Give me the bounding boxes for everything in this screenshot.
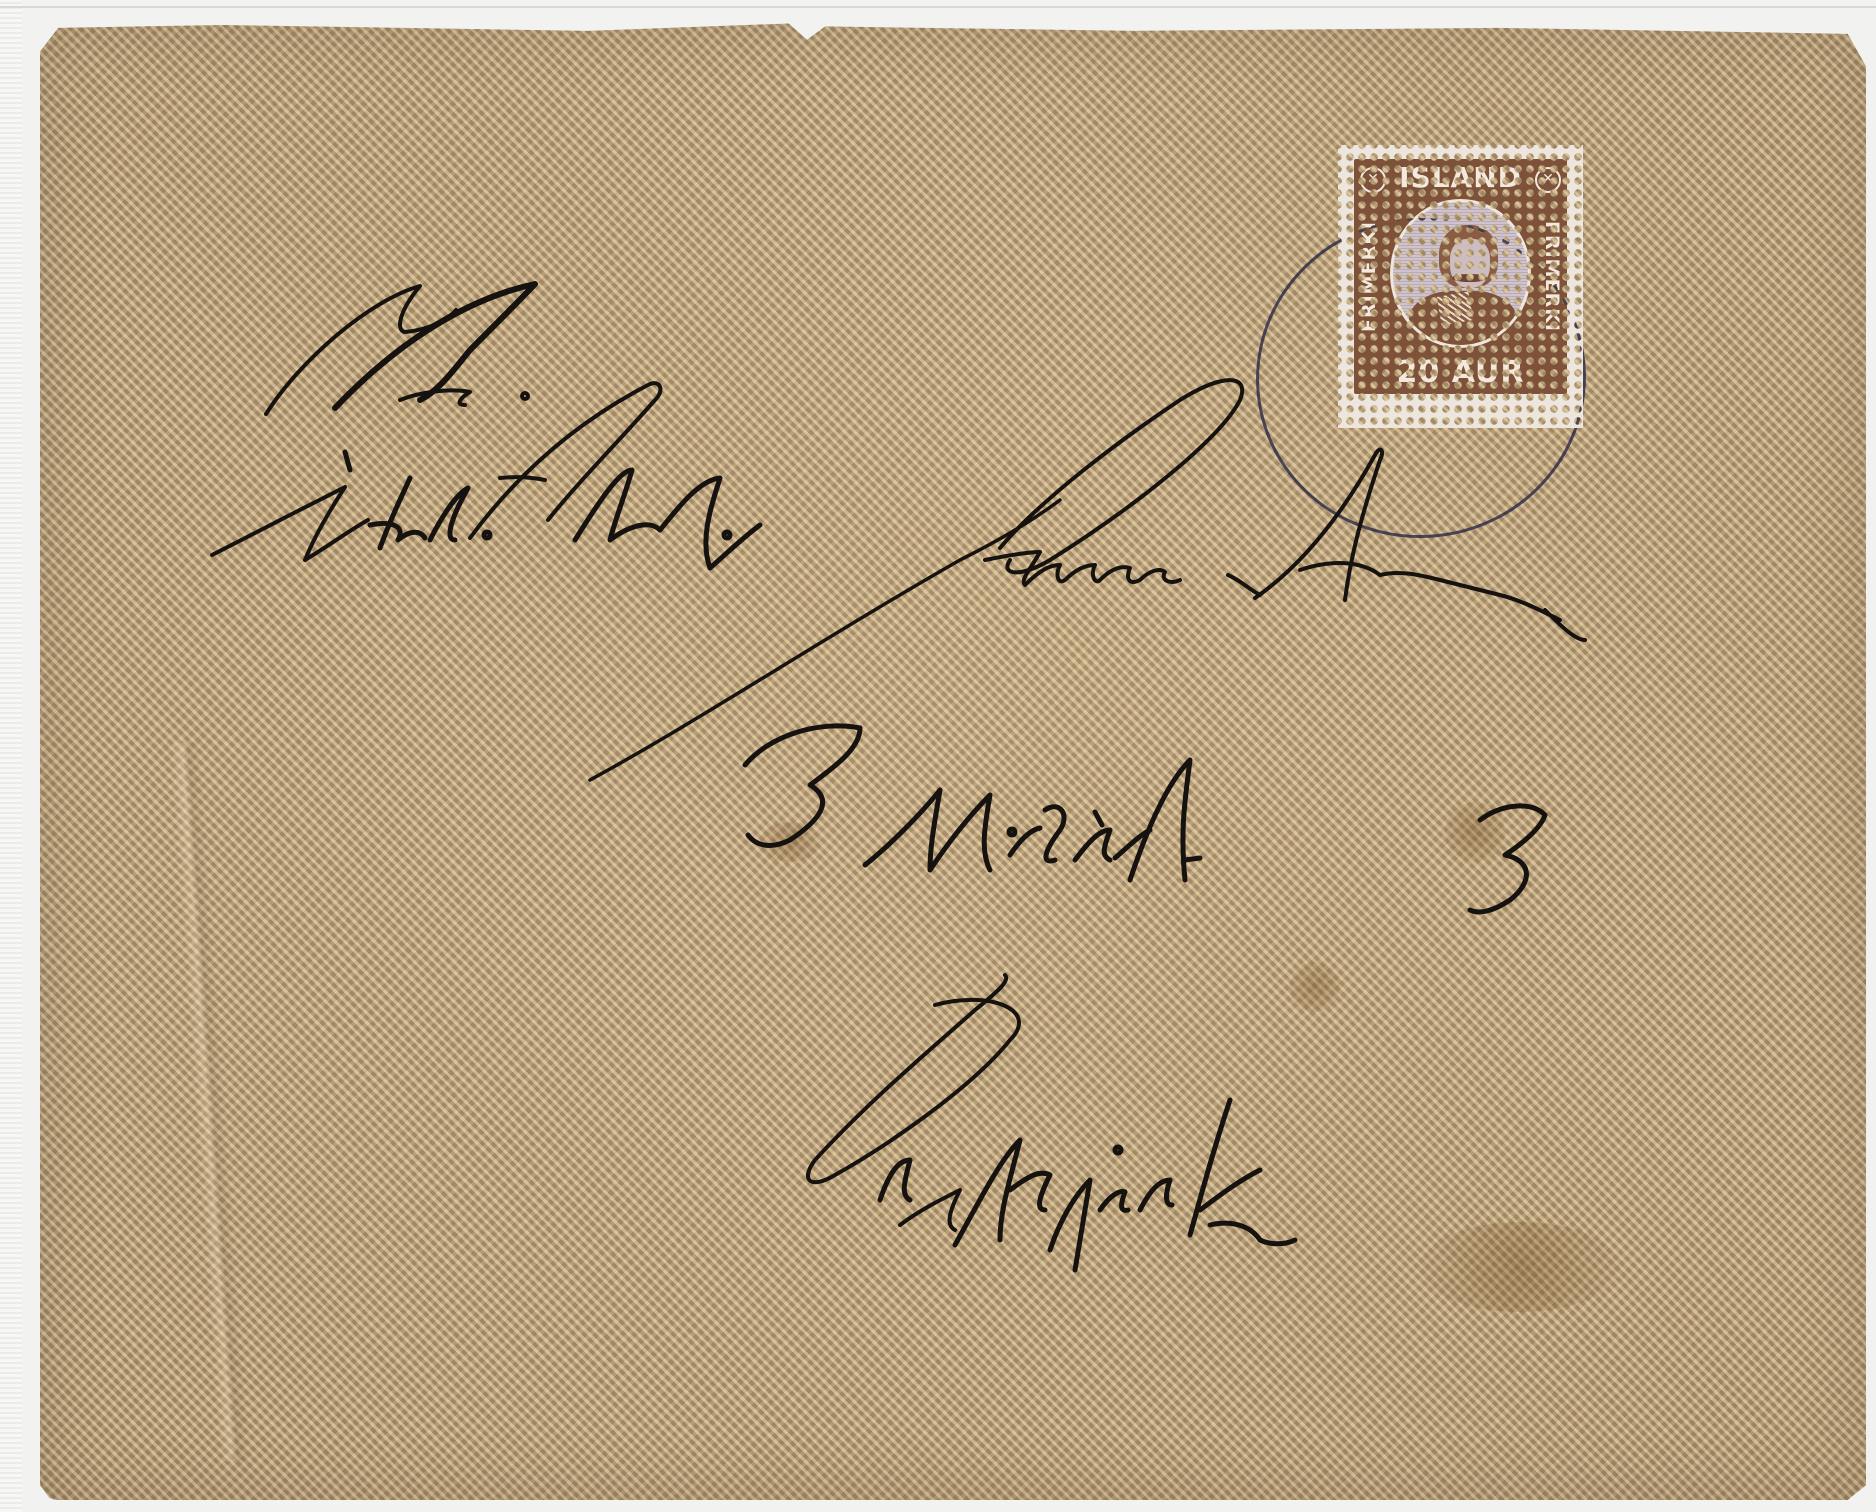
scanner-edge <box>0 0 22 1512</box>
stamp-side-left: FRIMERKI <box>1358 207 1384 346</box>
address-city: Reykjavík <box>810 1120 1203 1213</box>
portrait-collar <box>1437 291 1474 325</box>
stamp-side-right: FRIMERKI <box>1537 207 1563 346</box>
address-salutation: Hr. <box>266 300 391 393</box>
portrait-moustache <box>1452 274 1487 283</box>
stamp-portrait <box>1390 199 1531 348</box>
postage-stamp: ✕ ✕ ISLAND FRIMERKI FRIMERKI 20 AUR <box>1338 145 1583 428</box>
address-street: 3 Miðstræti 3 <box>745 780 1229 862</box>
envelope-fold <box>170 742 250 1462</box>
address-title: stud. theol. <box>212 470 612 552</box>
stamp-frame: ✕ ✕ ISLAND FRIMERKI FRIMERKI 20 AUR <box>1354 159 1567 394</box>
stamp-value: 20 AUR <box>1354 355 1567 390</box>
stain <box>1290 962 1340 1012</box>
envelope <box>40 22 1866 1500</box>
stain <box>1445 802 1505 862</box>
scanner-top-line <box>0 6 1876 8</box>
address-name: Gunnar Árnason <box>985 520 1568 602</box>
stain <box>1420 1222 1620 1312</box>
stamp-country: ISLAND <box>1354 161 1567 194</box>
